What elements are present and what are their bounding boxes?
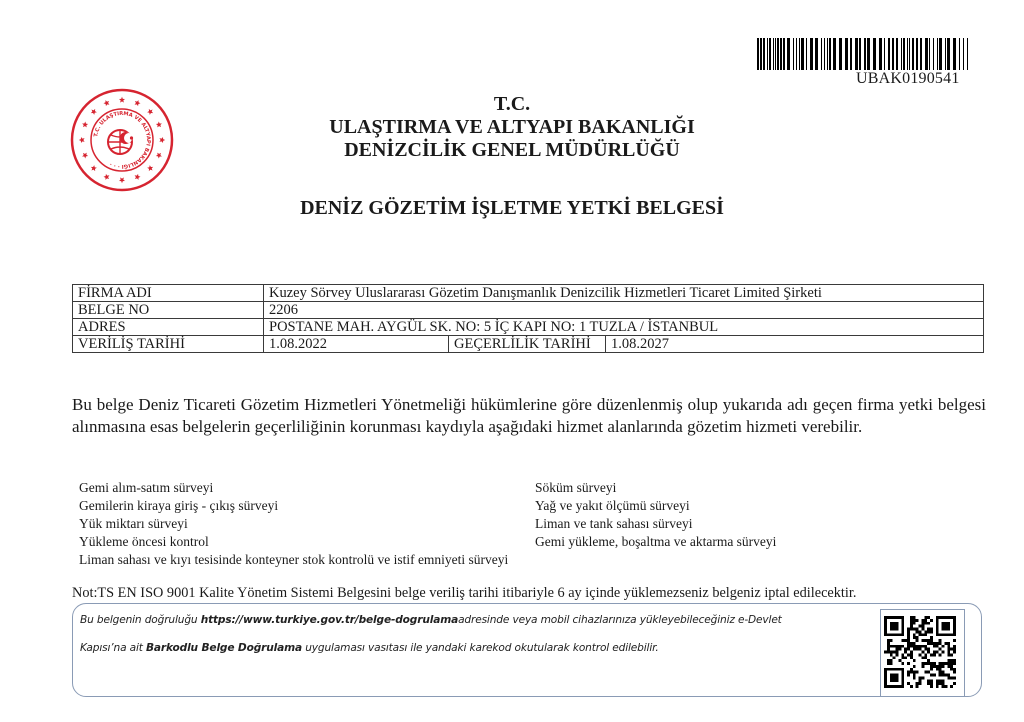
firm-label: FİRMA ADI bbox=[73, 285, 264, 302]
list-item: Yağ ve yakıt ölçümü sürveyi bbox=[535, 497, 776, 515]
list-item: Liman ve tank sahası sürveyi bbox=[535, 515, 776, 533]
header-tc: T.C. bbox=[0, 93, 1024, 116]
verification-line-2: Kapısı’na ait Barkodlu Belge Doğrulama u… bbox=[80, 642, 659, 654]
list-item: Liman sahası ve kıyı tesisinde konteyner… bbox=[79, 551, 508, 569]
verification-prefix-2: Kapısı’na ait bbox=[80, 642, 146, 654]
app-name: Barkodlu Belge Doğrulama bbox=[146, 642, 302, 654]
validity-date-label: GEÇERLİLİK TARİHİ bbox=[449, 336, 606, 353]
list-item: Yük miktarı sürveyi bbox=[79, 515, 508, 533]
verification-url-link[interactable]: https://www.turkiye.gov.tr/belge-dogrula… bbox=[201, 614, 458, 626]
validity-date-value: 1.08.2027 bbox=[606, 336, 984, 353]
verification-suffix: adresinde veya mobil cihazlarınıza yükle… bbox=[458, 614, 782, 626]
firm-value: Kuzey Sörvey Uluslararası Gözetim Danışm… bbox=[264, 285, 984, 302]
iso-note: Not:TS EN ISO 9001 Kalite Yönetim Sistem… bbox=[72, 585, 856, 602]
list-item: Gemilerin kiraya giriş - çıkış sürveyi bbox=[79, 497, 508, 515]
table-row: BELGE NO 2206 bbox=[73, 302, 984, 319]
address-value: POSTANE MAH. AYGÜL SK. NO: 5 İÇ KAPI NO:… bbox=[264, 319, 984, 336]
verification-prefix: Bu belgenin doğruluğu bbox=[80, 614, 201, 626]
directorate-name: DENİZCİLİK GENEL MÜDÜRLÜĞÜ bbox=[0, 139, 1024, 162]
qr-code-icon[interactable] bbox=[884, 614, 956, 690]
doc-no-value: 2206 bbox=[264, 302, 984, 319]
info-table: FİRMA ADI Kuzey Sörvey Uluslararası Göze… bbox=[72, 284, 984, 353]
services-left-list: Gemi alım-satım sürveyi Gemilerin kiraya… bbox=[79, 479, 508, 569]
table-row: VERİLİŞ TARİHİ 1.08.2022 GEÇERLİLİK TARİ… bbox=[73, 336, 984, 353]
barcode-number: UBAK0190541 bbox=[856, 70, 960, 88]
list-item: Yükleme öncesi kontrol bbox=[79, 533, 508, 551]
list-item: Söküm sürveyi bbox=[535, 479, 776, 497]
barcode-icon bbox=[757, 38, 969, 70]
verification-suffix-2: uygulaması vasıtası ile yandaki karekod … bbox=[302, 642, 659, 654]
document-title: DENİZ GÖZETİM İŞLETME YETKİ BELGESİ bbox=[0, 197, 1024, 220]
ministry-name: ULAŞTIRMA VE ALTYAPI BAKANLIĞI bbox=[0, 116, 1024, 139]
table-row: FİRMA ADI Kuzey Sörvey Uluslararası Göze… bbox=[73, 285, 984, 302]
list-item: Gemi yükleme, boşaltma ve aktarma sürvey… bbox=[535, 533, 776, 551]
issue-date-label: VERİLİŞ TARİHİ bbox=[73, 336, 264, 353]
address-label: ADRES bbox=[73, 319, 264, 336]
doc-no-label: BELGE NO bbox=[73, 302, 264, 319]
table-row: ADRES POSTANE MAH. AYGÜL SK. NO: 5 İÇ KA… bbox=[73, 319, 984, 336]
verification-line-1: Bu belgenin doğruluğu https://www.turkiy… bbox=[80, 614, 782, 626]
list-item: Gemi alım-satım sürveyi bbox=[79, 479, 508, 497]
services-right-list: Söküm sürveyi Yağ ve yakıt ölçümü sürvey… bbox=[535, 479, 776, 551]
authorization-paragraph: Bu belge Deniz Ticareti Gözetim Hizmetle… bbox=[72, 394, 986, 438]
issue-date-value: 1.08.2022 bbox=[264, 336, 449, 353]
